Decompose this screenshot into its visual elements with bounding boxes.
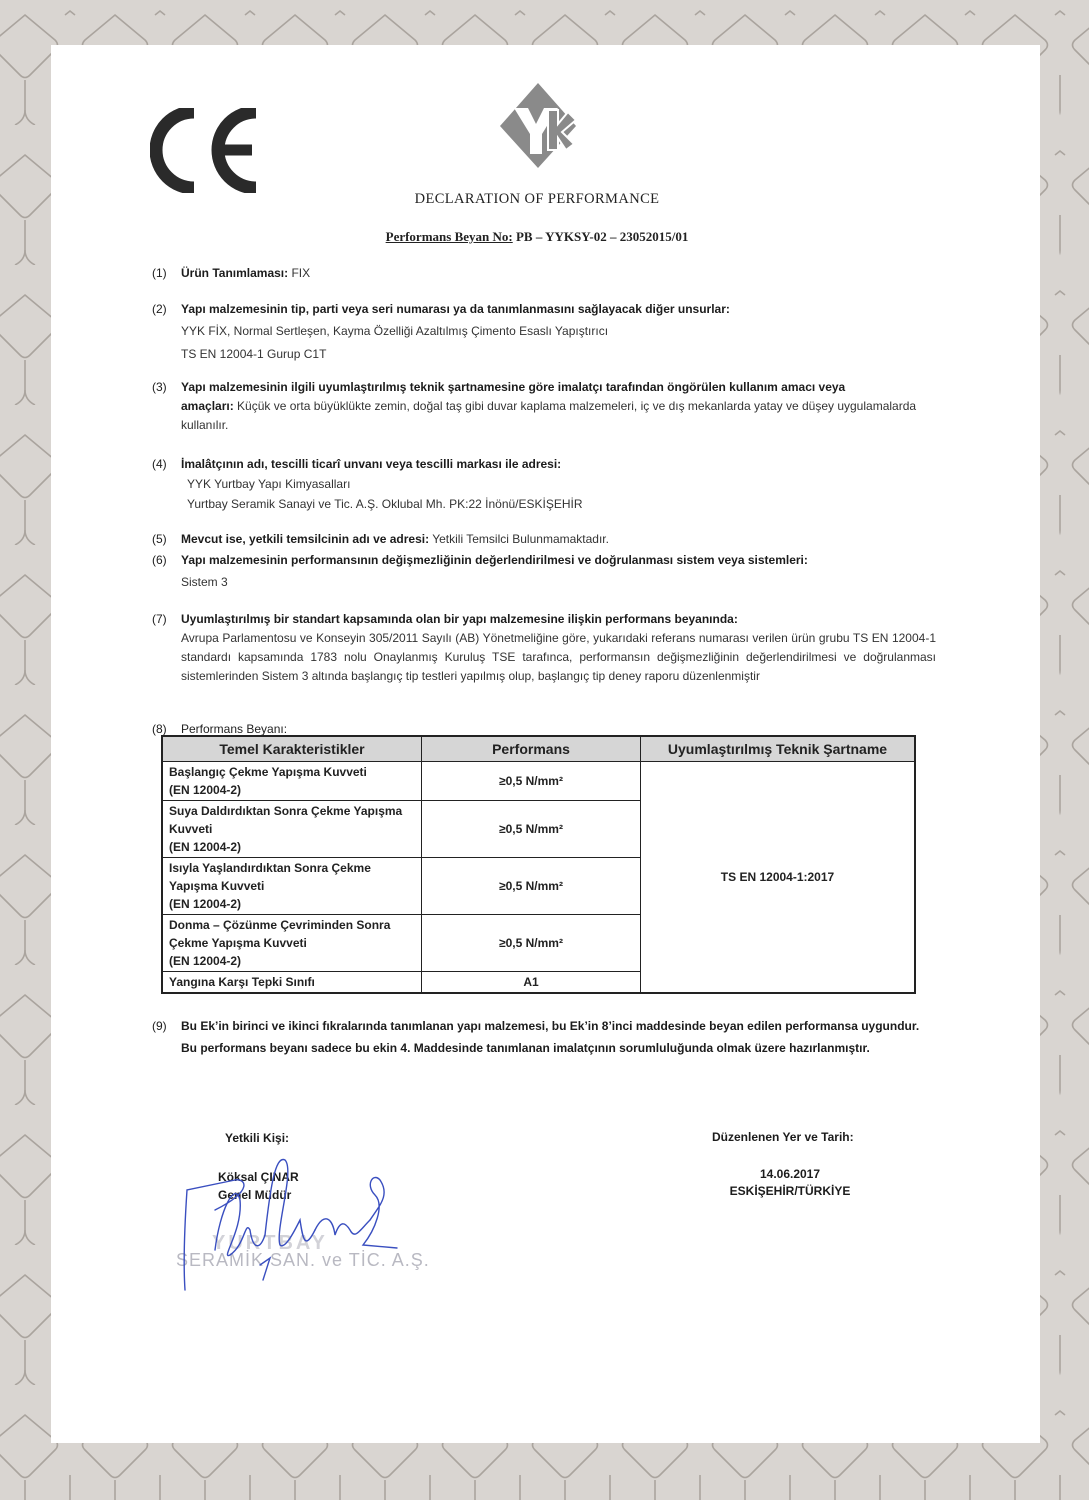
section-9-conformity-statement: (9) Bu Ek’in birinci ve ikinci fıkraları… — [152, 1015, 942, 1059]
characteristic-line: Yapışma Kuvveti — [169, 877, 415, 895]
section-label: Yapı malzemesinin ilgili uyumlaştırılmış… — [181, 378, 942, 397]
characteristic-line: Yangına Karşı Tepki Sınıfı — [169, 973, 415, 991]
section-6-avcp-system: (6) Yapı malzemesinin performansının değ… — [152, 551, 942, 592]
characteristic-cell: Başlangıç Çekme Yapışma Kuvveti(EN 12004… — [162, 762, 422, 801]
column-header: Uyumlaştırılmış Teknik Şartname — [641, 736, 916, 762]
performance-cell: ≥0,5 N/mm² — [422, 915, 641, 972]
issue-date: 14.06.2017 — [690, 1166, 890, 1183]
characteristic-cell: Suya Daldırdıktan Sonra Çekme YapışmaKuv… — [162, 801, 422, 858]
section-number: (7) — [152, 610, 167, 629]
section-value: Avrupa Parlamentosu ve Konseyin 305/2011… — [181, 629, 936, 686]
performance-cell: ≥0,5 N/mm² — [422, 762, 641, 801]
section-value: Bu Ek’in birinci ve ikinci fıkralarında … — [181, 1015, 921, 1059]
section-label: Uyumlaştırılmış bir standart kapsamında … — [181, 610, 942, 629]
column-header: Performans — [422, 736, 641, 762]
column-header: Temel Karakteristikler — [162, 736, 422, 762]
characteristic-cell: Donma – Çözünme Çevriminden SonraÇekme Y… — [162, 915, 422, 972]
specification-cell: TS EN 12004-1:2017 — [641, 762, 916, 994]
characteristic-line: Donma – Çözünme Çevriminden Sonra — [169, 916, 415, 934]
authorised-person-label: Yetkili Kişi: — [225, 1131, 289, 1145]
section-line: TS EN 12004-1 Gurup C1T — [181, 345, 942, 364]
characteristic-line: Isıyla Yaşlandırdıktan Sonra Çekme — [169, 859, 415, 877]
characteristic-cell: Yangına Karşı Tepki Sınıfı — [162, 972, 422, 994]
issue-place-date-label: Düzenlenen Yer ve Tarih: — [712, 1130, 854, 1144]
declaration-number: Performans Beyan No: PB – YYKSY-02 – 230… — [300, 229, 774, 245]
section-line: YYK FİX, Normal Sertleşen, Kayma Özelliğ… — [181, 322, 942, 341]
section-number: (6) — [152, 551, 167, 570]
characteristic-line: (EN 12004-2) — [169, 781, 415, 799]
performance-cell: A1 — [422, 972, 641, 994]
section-number: (1) — [152, 264, 167, 283]
table-row: Başlangıç Çekme Yapışma Kuvveti(EN 12004… — [162, 762, 915, 801]
ce-mark-icon — [150, 108, 265, 193]
section-number: (5) — [152, 530, 167, 549]
characteristic-line: Çekme Yapışma Kuvveti — [169, 934, 415, 952]
characteristic-cell: Isıyla Yaşlandırdıktan Sonra ÇekmeYapışm… — [162, 858, 422, 915]
section-value: Yetkili Temsilci Bulunmamaktadır. — [429, 532, 609, 546]
document-title: DECLARATION OF PERFORMANCE — [300, 191, 774, 208]
section-label: Yapı malzemesinin performansının değişme… — [181, 551, 942, 570]
characteristic-line: Başlangıç Çekme Yapışma Kuvveti — [169, 763, 415, 781]
section-4-manufacturer: (4) İmalâtçının adı, tescilli ticarî unv… — [152, 455, 942, 514]
characteristic-line: Suya Daldırdıktan Sonra Çekme Yapışma — [169, 802, 415, 820]
section-line: Sistem 3 — [181, 573, 942, 592]
section-number: (9) — [152, 1015, 167, 1037]
performance-table: Temel Karakteristikler Performans Uyumla… — [161, 735, 916, 994]
section-1-product-identification: (1) Ürün Tanımlaması: FIX — [152, 264, 942, 283]
section-label: İmalâtçının adı, tescilli ticarî unvanı … — [181, 455, 942, 474]
issue-place-date: 14.06.2017 ESKİŞEHİR/TÜRKİYE — [690, 1166, 890, 1200]
section-label: Yapı malzemesinin tip, parti veya seri n… — [181, 300, 942, 319]
characteristic-line: (EN 12004-2) — [169, 838, 415, 856]
section-label: Performans Beyanı: — [181, 722, 287, 736]
declaration-number-label: Performans Beyan No: — [386, 229, 513, 244]
section-label: Ürün Tanımlaması: — [181, 266, 288, 280]
section-label: Mevcut ise, yetkili temsilcinin adı ve a… — [181, 532, 429, 546]
section-line: Yurtbay Seramik Sanayi ve Tic. A.Ş. Oklu… — [187, 495, 942, 514]
handwritten-signature-icon — [175, 1150, 405, 1300]
characteristic-line: (EN 12004-2) — [169, 895, 415, 913]
section-number: (2) — [152, 300, 167, 319]
section-2-type-identification: (2) Yapı malzemesinin tip, parti veya se… — [152, 300, 942, 364]
performance-cell: ≥0,5 N/mm² — [422, 858, 641, 915]
section-value: FIX — [288, 266, 310, 280]
table-header-row: Temel Karakteristikler Performans Uyumla… — [162, 736, 915, 762]
issue-place: ESKİŞEHİR/TÜRKİYE — [690, 1183, 890, 1200]
declaration-number-value: PB – YYKSY-02 – 23052015/01 — [513, 229, 689, 244]
section-3-intended-use: (3) Yapı malzemesinin ilgili uyumlaştırı… — [152, 378, 942, 435]
section-5-authorised-representative: (5) Mevcut ise, yetkili temsilcinin adı … — [152, 530, 942, 549]
section-value: Küçük ve orta büyüklükte zemin, doğal ta… — [181, 399, 916, 432]
characteristic-line: Kuvveti — [169, 820, 415, 838]
characteristic-line: (EN 12004-2) — [169, 952, 415, 970]
section-number: (3) — [152, 378, 167, 397]
performance-cell: ≥0,5 N/mm² — [422, 801, 641, 858]
section-line: YYK Yurtbay Yapı Kimyasalları — [187, 475, 942, 494]
section-7-harmonised-standard: (7) Uyumlaştırılmış bir standart kapsamı… — [152, 610, 942, 686]
section-number: (4) — [152, 455, 167, 474]
section-label: amaçları: — [181, 399, 234, 413]
yyk-logo-icon — [488, 80, 588, 170]
